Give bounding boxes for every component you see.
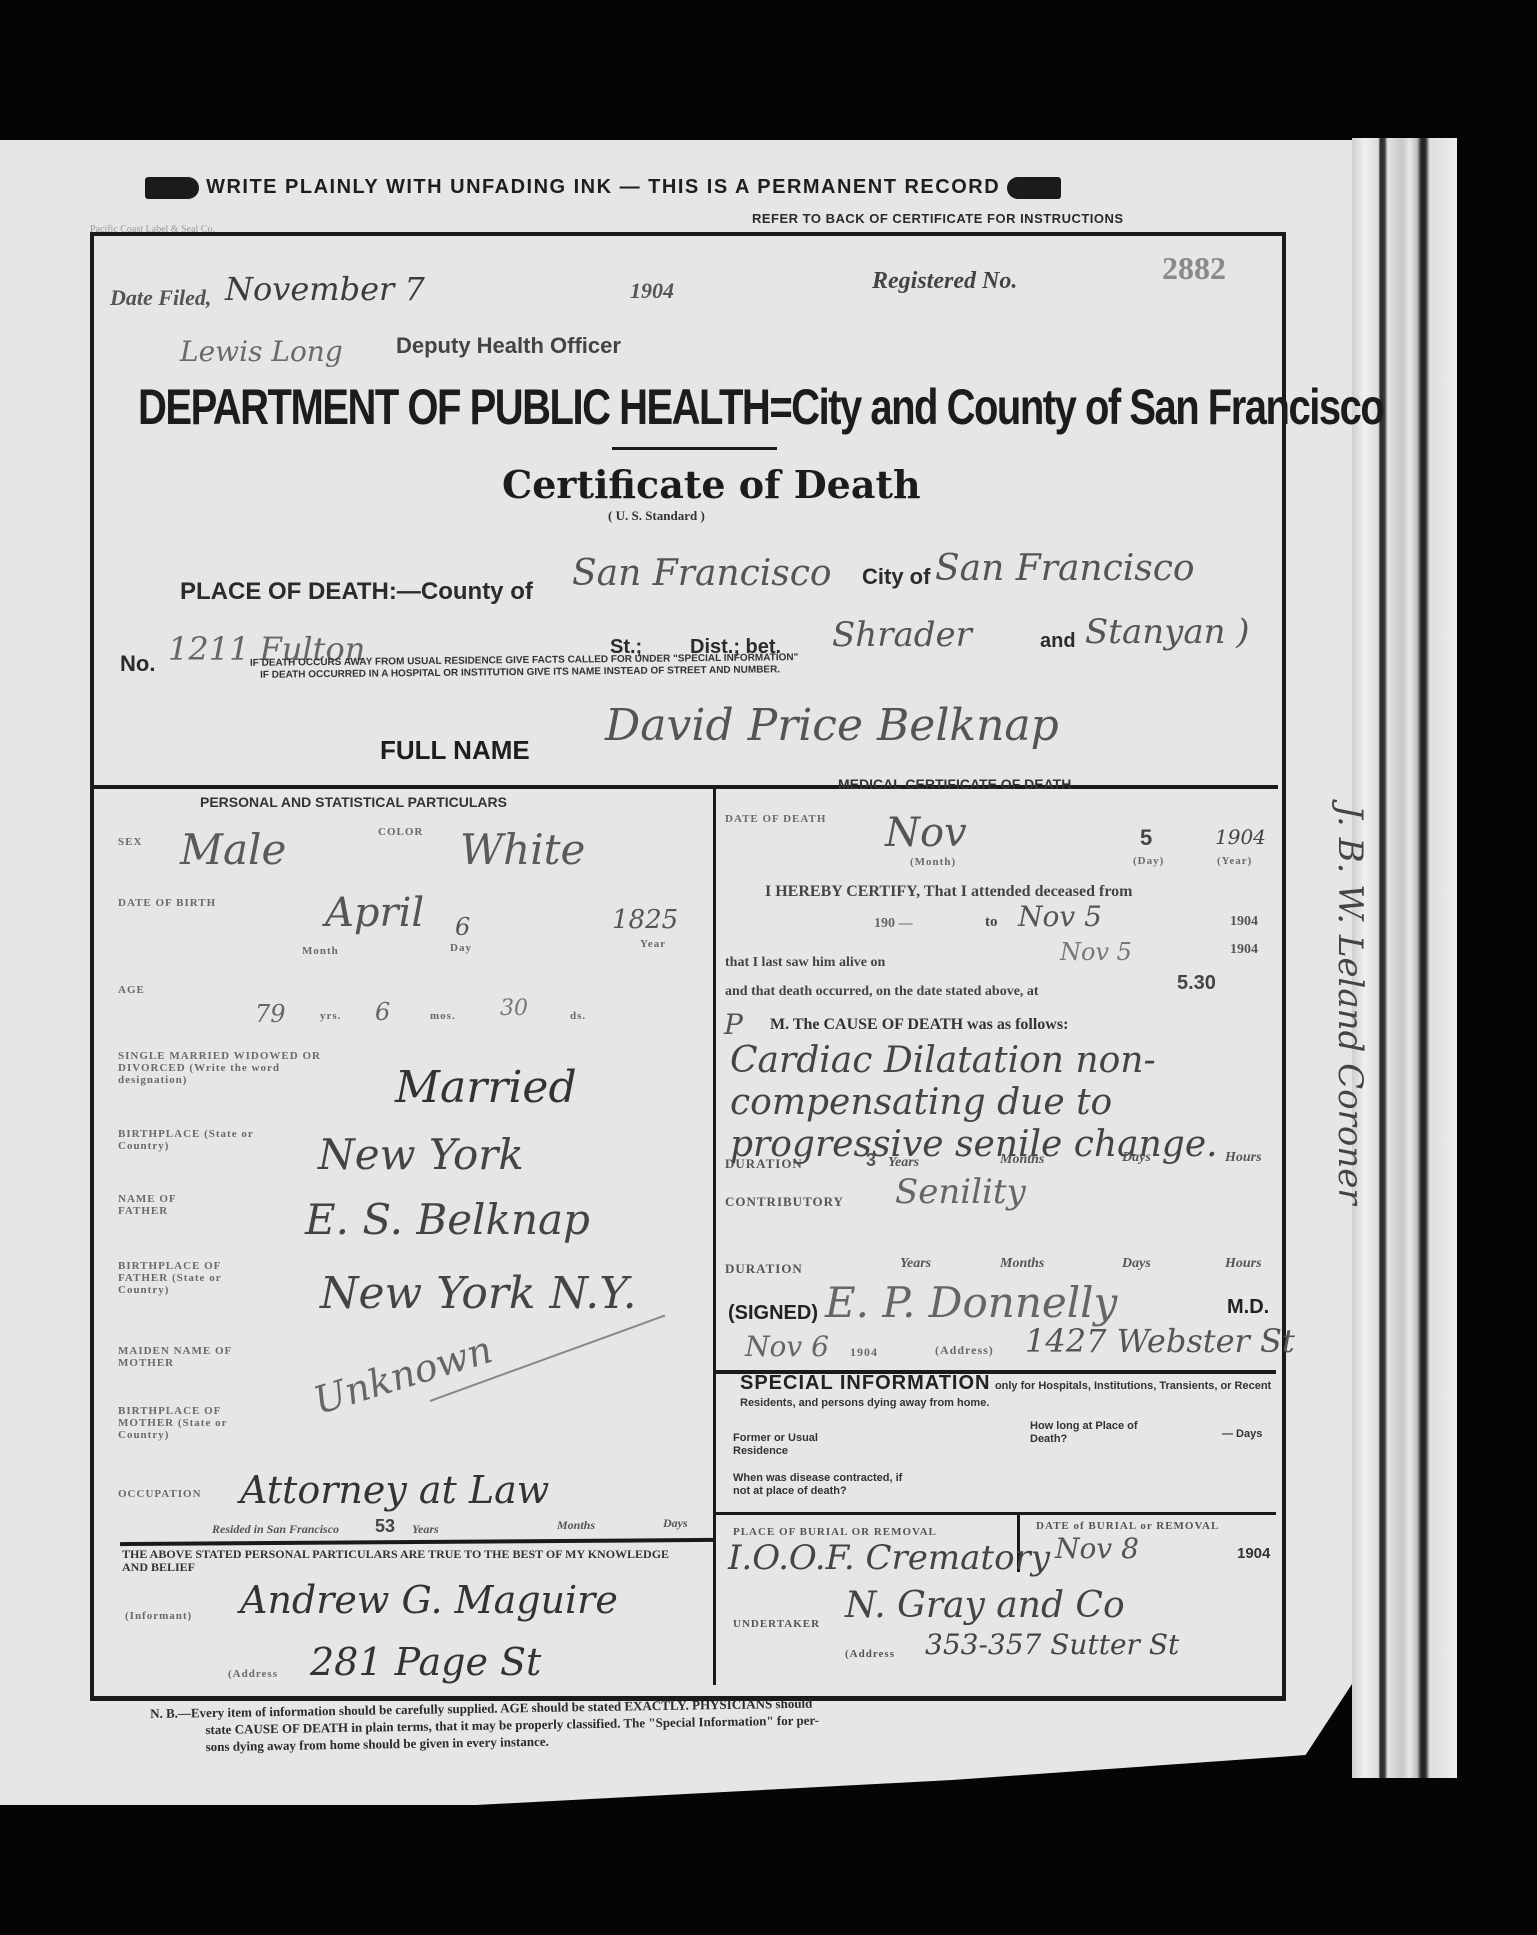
undertaker-address-value: 353-357 Sutter St (925, 1628, 1179, 1661)
dob-month: April (325, 890, 424, 936)
physician-signature: E. P. Donnelly (825, 1278, 1117, 1327)
father-name-value: E. S. Belknap (305, 1195, 590, 1244)
deputy-health-officer-label: Deputy Health Officer (396, 333, 621, 359)
duration-months-caption: Months (1000, 1152, 1044, 1168)
resided-years: 53 (375, 1516, 395, 1537)
certificate-subtitle: ( U. S. Standard ) (608, 508, 705, 524)
city-value: San Francisco (935, 548, 1195, 589)
last-saw-statement: that I last saw him alive on (725, 955, 885, 971)
attended-to-year: 1904 (1230, 914, 1258, 930)
md-label: M.D. (1227, 1296, 1269, 1319)
duration-label: DURATION (725, 1158, 803, 1170)
burial-place-value: I.O.O.F. Crematory (728, 1538, 1050, 1578)
marital-status-label: SINGLE MARRIED WIDOWED OR DIVORCED (Writ… (118, 1050, 348, 1086)
ink-notice: WRITE PLAINLY WITH UNFADING INK — THIS I… (145, 176, 1061, 199)
date-of-death-day-caption: (Day) (1133, 855, 1164, 867)
duration-years-value: 3 (866, 1150, 876, 1171)
color-label: COLOR (378, 826, 423, 838)
deputy-signature: Lewis Long (180, 335, 343, 368)
special-info-header: SPECIAL INFORMATION only for Hospitals, … (740, 1375, 1290, 1411)
dob-day: 6 (455, 913, 470, 941)
place-of-death-label: PLACE OF DEATH:—County of (180, 578, 533, 606)
registered-number-label: Registered No. (872, 268, 1017, 295)
former-residence-label: Former or Usual Residence (733, 1432, 833, 1458)
signed-label: (SIGNED) (728, 1302, 818, 1325)
duration2-months-caption: Months (1000, 1256, 1044, 1272)
certify-statement: I HEREBY CERTIFY, That I attended deceas… (765, 883, 1132, 901)
duration-days-caption: Days (1122, 1150, 1151, 1166)
and-street-value: Stanyan ) (1085, 612, 1250, 652)
age-years-caption: yrs. (320, 1010, 341, 1022)
physician-address-label: (Address) (935, 1344, 994, 1356)
duration-years-caption: Years (888, 1155, 919, 1171)
dob-day-caption: Day (450, 942, 472, 954)
signed-date: Nov 6 (745, 1330, 829, 1363)
attended-to-value: Nov 5 (1018, 900, 1102, 933)
age-days: 30 (500, 996, 528, 1021)
attended-from: 190 — (874, 916, 913, 932)
certificate-title: Certificate of Death (502, 462, 921, 507)
date-of-death-day: 5 (1140, 825, 1152, 851)
age-days-caption: ds. (570, 1010, 586, 1022)
burial-date-label: DATE of BURIAL or REMOVAL (1036, 1520, 1219, 1532)
date-filed-year: 1904 (630, 278, 674, 304)
date-filed-value: November 7 (225, 270, 425, 308)
informant-value: Andrew G. Maguire (240, 1578, 618, 1622)
last-saw-value: Nov 5 (1060, 938, 1132, 966)
how-long-label: How long at Place of Death? (1030, 1420, 1140, 1446)
duration2-label: DURATION (725, 1263, 803, 1275)
burial-date-value: Nov 8 (1055, 1532, 1139, 1565)
title-divider (612, 447, 777, 450)
date-of-death-label: DATE OF DEATH (725, 813, 826, 825)
resided-days-caption: Days (663, 1516, 688, 1531)
street-number-label: No. (120, 651, 155, 677)
undertaker-value: N. Gray and Co (845, 1585, 1125, 1626)
birthplace-label: BIRTHPLACE (State or Country) (118, 1128, 278, 1152)
burial-divider (716, 1512, 1276, 1515)
informant-address-value: 281 Page St (310, 1640, 541, 1684)
date-of-death-month-caption: (Month) (910, 856, 956, 868)
meridiem-value: P (724, 1008, 743, 1041)
between-street-value: Shrader (832, 615, 972, 655)
contributory-label: CONTRIBUTORY (725, 1196, 844, 1208)
duration-hours-caption: Hours (1225, 1150, 1262, 1166)
death-occurred-statement: and that death occurred, on the date sta… (725, 984, 1039, 1000)
burial-date-year: 1904 (1237, 1545, 1270, 1562)
dob-label: DATE OF BIRTH (118, 897, 216, 909)
physician-address-value: 1427 Webster St (1025, 1322, 1295, 1360)
age-label: AGE (118, 984, 145, 996)
section-divider (94, 785, 1278, 789)
mother-maiden-name-label: MAIDEN NAME OF MOTHER (118, 1345, 248, 1369)
occupation-label: OCCUPATION (118, 1488, 202, 1500)
father-birthplace-label: BIRTHPLACE OF FATHER (State or Country) (118, 1260, 258, 1296)
informant-label: (Informant) (125, 1610, 192, 1622)
resided-years-caption: Years (412, 1522, 439, 1537)
mother-birthplace-label: BIRTHPLACE OF MOTHER (State or Country) (118, 1405, 248, 1441)
duration2-hours-caption: Hours (1225, 1256, 1262, 1272)
undertaker-address-label: (Address (845, 1648, 895, 1660)
undertaker-label: UNDERTAKER (733, 1618, 820, 1630)
pointing-hand-icon (145, 177, 199, 199)
signed-year: 1904 (850, 1346, 878, 1358)
date-filed-label: Date Filed, (110, 285, 211, 311)
date-of-death-year-caption: (Year) (1217, 855, 1252, 867)
days-label: — Days (1222, 1428, 1262, 1440)
father-name-label: NAME OF FATHER (118, 1193, 208, 1217)
age-years: 79 (255, 1000, 286, 1028)
dob-month-caption: Month (302, 945, 339, 957)
attended-to-label: to (985, 914, 998, 931)
coroner-margin-note: J. B. W. Leland Coroner (1330, 805, 1370, 1205)
registered-number-value: 2882 (1162, 250, 1226, 287)
and-label: and (1040, 630, 1076, 653)
last-saw-year: 1904 (1230, 942, 1258, 958)
marital-status-value: Married (395, 1062, 577, 1113)
informant-statement: THE ABOVE STATED PERSONAL PARTICULARS AR… (122, 1548, 682, 1574)
contributory-value: Senility (895, 1172, 1026, 1212)
cause-of-death-label: M. The CAUSE OF DEATH was as follows: (770, 1016, 1068, 1034)
burial-place-label: PLACE OF BURIAL OR REMOVAL (733, 1526, 937, 1538)
duration2-days-caption: Days (1122, 1256, 1151, 1272)
instructions-reference: REFER TO BACK OF CERTIFICATE FOR INSTRUC… (752, 211, 1124, 226)
dob-year: 1825 (612, 905, 678, 935)
resided-months-caption: Months (557, 1518, 595, 1533)
sex-label: SEX (118, 836, 142, 848)
dob-year-caption: Year (640, 938, 666, 950)
age-months: 6 (375, 998, 390, 1026)
disease-contracted-label: When was disease contracted, if not at p… (733, 1472, 903, 1498)
resided-label: Resided in San Francisco (212, 1522, 339, 1537)
medical-section-title: MEDICAL CERTIFICATE OF DEATH (838, 776, 1071, 792)
pointing-hand-icon (1007, 177, 1061, 199)
full-name-value: David Price Belknap (605, 700, 1059, 751)
county-value: San Francisco (572, 553, 832, 594)
birthplace-value: New York (318, 1130, 524, 1179)
time-of-death: 5.30 (1177, 972, 1216, 995)
personal-section-title: PERSONAL AND STATISTICAL PARTICULARS (200, 794, 507, 810)
duration2-years-caption: Years (900, 1256, 931, 1272)
informant-address-label: (Address (228, 1668, 278, 1680)
color-value: White (460, 825, 585, 874)
date-of-death-year: 1904 (1215, 825, 1266, 849)
department-title: DEPARTMENT OF PUBLIC HEALTH=City and Cou… (138, 380, 1383, 436)
father-birthplace-value: New York N.Y. (320, 1268, 637, 1319)
city-label: City of (862, 564, 930, 590)
occupation-value: Attorney at Law (240, 1468, 549, 1512)
sex-value: Male (180, 825, 286, 874)
full-name-label: FULL NAME (380, 735, 530, 766)
age-months-caption: mos. (430, 1010, 456, 1022)
cause-of-death-value: Cardiac Dilatation non-compensating due … (730, 1040, 1290, 1166)
column-divider (713, 785, 716, 1685)
date-of-death-month: Nov (885, 810, 967, 856)
